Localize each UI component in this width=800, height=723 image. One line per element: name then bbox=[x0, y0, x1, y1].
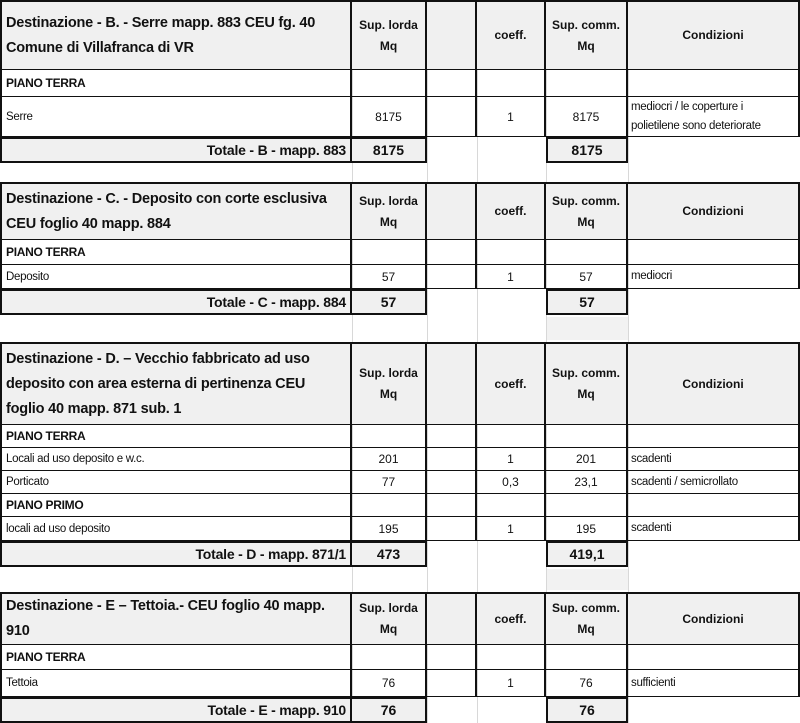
table-cell[interactable] bbox=[427, 137, 477, 163]
section-title-text-line: Destinazione - B. - Serre mapp. 883 CEU … bbox=[6, 11, 315, 36]
section-title-text: Destinazione - C. - Deposito con corte e… bbox=[6, 187, 327, 237]
table-cell[interactable] bbox=[546, 645, 628, 670]
section-title-D[interactable]: Destinazione - D. – Vecchio fabbricato a… bbox=[0, 342, 352, 425]
total-sup-comm[interactable]: 57 bbox=[546, 289, 628, 315]
total-sup-comm-text: 419,1 bbox=[569, 546, 604, 562]
total-label[interactable]: Totale - E - mapp. 910 bbox=[0, 697, 352, 723]
table-cell[interactable] bbox=[477, 697, 546, 723]
coeff-text: 1 bbox=[507, 452, 514, 466]
total-sup-lorda[interactable]: 473 bbox=[352, 541, 427, 567]
sup-comm-value[interactable]: 23,1 bbox=[546, 471, 628, 494]
total-label-text: Totale - E - mapp. 910 bbox=[208, 702, 347, 718]
condizioni-value[interactable]: scadenti bbox=[628, 448, 800, 471]
col-header-coeff[interactable]: coeff. bbox=[477, 0, 546, 70]
item-name[interactable]: Porticato bbox=[0, 471, 352, 494]
col-header-sup-lorda[interactable]: Sup. lordaMq bbox=[352, 0, 427, 70]
condizioni-text: scadenti / semicrollato bbox=[631, 473, 738, 492]
sup-comm-value[interactable]: 201 bbox=[546, 448, 628, 471]
total-sup-lorda[interactable]: 8175 bbox=[352, 137, 427, 163]
section-title-B[interactable]: Destinazione - B. - Serre mapp. 883 CEU … bbox=[0, 0, 352, 70]
col-header-condizioni[interactable]: Condizioni bbox=[628, 592, 800, 645]
col-header-sup-comm[interactable]: Sup. comm.Mq bbox=[546, 0, 628, 70]
col-header-sup-comm[interactable]: Sup. comm.Mq bbox=[546, 342, 628, 425]
table-cell[interactable] bbox=[546, 425, 628, 448]
sup-lorda-label: Sup. lordaMq bbox=[359, 15, 418, 57]
sup-lorda-label-line: Sup. lorda bbox=[359, 15, 418, 36]
condizioni-text: scadenti bbox=[631, 519, 671, 538]
sup-lorda-value[interactable]: 76 bbox=[352, 670, 427, 697]
condizioni-text-line: mediocri bbox=[631, 267, 672, 286]
coeff-label: coeff. bbox=[494, 25, 526, 46]
table-cell[interactable] bbox=[628, 697, 800, 723]
table-cell[interactable] bbox=[628, 541, 800, 567]
sup-lorda-label-line: Mq bbox=[359, 384, 418, 405]
item-name-text: locali ad uso deposito bbox=[6, 523, 110, 535]
coeff-text: 1 bbox=[507, 270, 514, 284]
condizioni-text: mediocri / le coperture ipolietilene son… bbox=[631, 98, 761, 136]
condizioni-text-line: scadenti / semicrollato bbox=[631, 473, 738, 492]
condizioni-value[interactable]: scadenti bbox=[628, 517, 800, 541]
table-cell[interactable] bbox=[427, 541, 477, 567]
sup-lorda-value[interactable]: 57 bbox=[352, 265, 427, 289]
sup-lorda-value[interactable]: 201 bbox=[352, 448, 427, 471]
item-name[interactable]: Deposito bbox=[0, 265, 352, 289]
table-cell[interactable] bbox=[427, 97, 477, 137]
gap-shade bbox=[547, 317, 628, 340]
table-cell[interactable] bbox=[427, 265, 477, 289]
section-title-text-line: 910 bbox=[6, 619, 325, 644]
total-sup-comm-text: 57 bbox=[579, 294, 595, 310]
total-sup-lorda[interactable]: 57 bbox=[352, 289, 427, 315]
table-cell[interactable] bbox=[628, 289, 800, 315]
section-title-text-line: CEU foglio 40 mapp. 884 bbox=[6, 212, 327, 237]
sup-lorda-value[interactable]: 77 bbox=[352, 471, 427, 494]
sup-lorda-value[interactable]: 8175 bbox=[352, 97, 427, 137]
table-cell[interactable] bbox=[546, 494, 628, 517]
sup-lorda-label-line: Sup. lorda bbox=[359, 363, 418, 384]
section-title-C[interactable]: Destinazione - C. - Deposito con corte e… bbox=[0, 182, 352, 240]
floor-label-text: PIANO TERRA bbox=[6, 650, 85, 664]
section-title-text-line: Destinazione - D. – Vecchio fabbricato a… bbox=[6, 347, 310, 372]
floor-label[interactable]: PIANO TERRA bbox=[0, 645, 352, 670]
table-cell[interactable] bbox=[427, 494, 477, 517]
coeff-value[interactable]: 0,3 bbox=[477, 471, 546, 494]
col-header-empty[interactable] bbox=[427, 592, 477, 645]
table-cell[interactable] bbox=[427, 425, 477, 448]
coeff-value[interactable]: 1 bbox=[477, 448, 546, 471]
condizioni-text-line: polietilene sono deteriorate bbox=[631, 117, 761, 136]
sup-comm-label: Sup. comm.Mq bbox=[552, 191, 620, 233]
table-cell[interactable] bbox=[427, 448, 477, 471]
condizioni-label: Condizioni bbox=[682, 374, 743, 395]
table-cell[interactable] bbox=[628, 425, 800, 448]
table-cell[interactable] bbox=[628, 70, 800, 97]
item-name-text: Tettoia bbox=[6, 677, 38, 689]
floor-label[interactable]: PIANO PRIMO bbox=[0, 494, 352, 517]
floor-label[interactable]: PIANO TERRA bbox=[0, 425, 352, 448]
table-cell[interactable] bbox=[427, 289, 477, 315]
total-label-text: Totale - C - mapp. 884 bbox=[207, 294, 346, 310]
sup-lorda-text: 195 bbox=[378, 522, 398, 536]
sup-comm-label: Sup. comm.Mq bbox=[552, 598, 620, 640]
sup-lorda-text: 57 bbox=[382, 270, 395, 284]
table-cell[interactable] bbox=[477, 289, 546, 315]
table-cell[interactable] bbox=[427, 670, 477, 697]
condizioni-text: scadenti bbox=[631, 450, 671, 469]
condizioni-value[interactable]: sufficienti bbox=[628, 670, 800, 697]
sup-comm-value[interactable]: 57 bbox=[546, 265, 628, 289]
total-sup-comm-text: 76 bbox=[579, 702, 595, 718]
sup-comm-value[interactable]: 195 bbox=[546, 517, 628, 541]
condizioni-text-line: sufficienti bbox=[631, 674, 675, 693]
item-name-text: Porticato bbox=[6, 476, 49, 488]
sup-lorda-label: Sup. lordaMq bbox=[359, 191, 418, 233]
floor-label[interactable]: PIANO TERRA bbox=[0, 240, 352, 265]
condizioni-text-line: mediocri / le coperture i bbox=[631, 98, 761, 117]
col-header-coeff[interactable]: coeff. bbox=[477, 182, 546, 240]
total-label[interactable]: Totale - C - mapp. 884 bbox=[0, 289, 352, 315]
item-name[interactable]: Locali ad uso deposito e w.c. bbox=[0, 448, 352, 471]
coeff-value[interactable]: 1 bbox=[477, 670, 546, 697]
table-cell[interactable] bbox=[427, 240, 477, 265]
sup-lorda-text: 76 bbox=[382, 676, 395, 690]
condizioni-label: Condizioni bbox=[682, 609, 743, 630]
coeff-value[interactable]: 1 bbox=[477, 517, 546, 541]
table-cell[interactable] bbox=[477, 645, 546, 670]
condizioni-value[interactable]: mediocri bbox=[628, 265, 800, 289]
sup-lorda-text: 77 bbox=[382, 475, 395, 489]
sup-comm-text: 57 bbox=[579, 270, 592, 284]
table-cell[interactable] bbox=[427, 697, 477, 723]
table-cell[interactable] bbox=[546, 70, 628, 97]
coeff-text: 1 bbox=[507, 676, 514, 690]
sup-lorda-value[interactable]: 195 bbox=[352, 517, 427, 541]
sup-comm-label: Sup. comm.Mq bbox=[552, 15, 620, 57]
item-name[interactable]: Serre bbox=[0, 97, 352, 137]
section-title-text-line: deposito con area esterna di pertinenza … bbox=[6, 372, 310, 397]
coeff-value[interactable]: 1 bbox=[477, 97, 546, 137]
coeff-label: coeff. bbox=[494, 201, 526, 222]
table-cell[interactable] bbox=[477, 541, 546, 567]
col-header-coeff[interactable]: coeff. bbox=[477, 342, 546, 425]
sup-comm-label: Sup. comm.Mq bbox=[552, 363, 620, 405]
sup-lorda-label-line: Mq bbox=[359, 212, 418, 233]
col-header-sup-lorda[interactable]: Sup. lordaMq bbox=[352, 182, 427, 240]
col-header-condizioni[interactable]: Condizioni bbox=[628, 0, 800, 70]
sup-comm-text: 8175 bbox=[573, 110, 600, 124]
sup-comm-label-line: Mq bbox=[552, 619, 620, 640]
item-name-text: Deposito bbox=[6, 271, 49, 283]
item-name[interactable]: locali ad uso deposito bbox=[0, 517, 352, 541]
sup-comm-text: 201 bbox=[576, 452, 596, 466]
section-title-E[interactable]: Destinazione - E – Tettoia.- CEU foglio … bbox=[0, 592, 352, 645]
sup-comm-label-line: Sup. comm. bbox=[552, 598, 620, 619]
sup-comm-label-line: Sup. comm. bbox=[552, 191, 620, 212]
condizioni-text-line: scadenti bbox=[631, 519, 671, 538]
condizioni-value[interactable]: scadenti / semicrollato bbox=[628, 471, 800, 494]
coeff-text: 1 bbox=[507, 522, 514, 536]
sup-comm-value[interactable]: 8175 bbox=[546, 97, 628, 137]
sup-lorda-label-line: Mq bbox=[359, 36, 418, 57]
col-header-coeff[interactable]: coeff. bbox=[477, 592, 546, 645]
table-cell[interactable] bbox=[628, 137, 800, 163]
col-header-empty[interactable] bbox=[427, 182, 477, 240]
item-name[interactable]: Tettoia bbox=[0, 670, 352, 697]
table-cell[interactable] bbox=[628, 494, 800, 517]
col-header-sup-lorda[interactable]: Sup. lordaMq bbox=[352, 342, 427, 425]
table-cell[interactable] bbox=[427, 471, 477, 494]
condizioni-text: mediocri bbox=[631, 267, 672, 286]
coeff-text: 1 bbox=[507, 110, 514, 124]
coeff-value[interactable]: 1 bbox=[477, 265, 546, 289]
total-sup-lorda-text: 57 bbox=[381, 294, 397, 310]
sup-comm-text: 23,1 bbox=[574, 475, 597, 489]
sup-lorda-label-line: Mq bbox=[359, 619, 418, 640]
sup-lorda-text: 8175 bbox=[375, 110, 402, 124]
coeff-label: coeff. bbox=[494, 609, 526, 630]
condizioni-label: Condizioni bbox=[682, 25, 743, 46]
sup-comm-value[interactable]: 76 bbox=[546, 670, 628, 697]
table-cell[interactable] bbox=[477, 425, 546, 448]
table-cell[interactable] bbox=[546, 240, 628, 265]
table-cell[interactable] bbox=[477, 137, 546, 163]
floor-label[interactable]: PIANO TERRA bbox=[0, 70, 352, 97]
coeff-label: coeff. bbox=[494, 374, 526, 395]
section-title-text-line: Destinazione - E – Tettoia.- CEU foglio … bbox=[6, 594, 325, 619]
condizioni-text-line: scadenti bbox=[631, 450, 671, 469]
total-label-text: Totale - B - mapp. 883 bbox=[207, 142, 346, 158]
sup-comm-label-line: Mq bbox=[552, 384, 620, 405]
section-title-text: Destinazione - E – Tettoia.- CEU foglio … bbox=[6, 594, 325, 644]
sup-comm-label-line: Mq bbox=[552, 212, 620, 233]
table-cell[interactable] bbox=[427, 70, 477, 97]
item-name-text: Serre bbox=[6, 111, 33, 123]
gap-shade bbox=[547, 569, 628, 590]
col-header-sup-comm[interactable]: Sup. comm.Mq bbox=[546, 182, 628, 240]
table-cell[interactable] bbox=[352, 494, 427, 517]
total-sup-lorda[interactable]: 76 bbox=[352, 697, 427, 723]
section-title-text-line: foglio 40 mapp. 871 sub. 1 bbox=[6, 397, 310, 422]
condizioni-text: sufficienti bbox=[631, 674, 675, 693]
table-cell[interactable] bbox=[427, 517, 477, 541]
condizioni-label: Condizioni bbox=[682, 201, 743, 222]
table-cell[interactable] bbox=[352, 645, 427, 670]
table-cell[interactable] bbox=[352, 70, 427, 97]
total-sup-comm[interactable]: 76 bbox=[546, 697, 628, 723]
total-label[interactable]: Totale - B - mapp. 883 bbox=[0, 137, 352, 163]
sup-comm-label-line: Sup. comm. bbox=[552, 363, 620, 384]
col-header-sup-comm[interactable]: Sup. comm.Mq bbox=[546, 592, 628, 645]
sup-lorda-label-line: Sup. lorda bbox=[359, 191, 418, 212]
total-label[interactable]: Totale - D - mapp. 871/1 bbox=[0, 541, 352, 567]
table-cell[interactable] bbox=[628, 240, 800, 265]
condizioni-value[interactable]: mediocri / le coperture ipolietilene son… bbox=[628, 97, 800, 137]
table-cell[interactable] bbox=[477, 494, 546, 517]
floor-label-text: PIANO PRIMO bbox=[6, 498, 83, 512]
total-sup-lorda-text: 8175 bbox=[373, 142, 404, 158]
item-name-text: Locali ad uso deposito e w.c. bbox=[6, 453, 144, 465]
floor-label-text: PIANO TERRA bbox=[6, 429, 85, 443]
sup-lorda-label-line: Sup. lorda bbox=[359, 598, 418, 619]
section-title-text: Destinazione - D. – Vecchio fabbricato a… bbox=[6, 347, 310, 422]
table-cell[interactable] bbox=[352, 240, 427, 265]
floor-label-text: PIANO TERRA bbox=[6, 76, 85, 90]
col-header-condizioni[interactable]: Condizioni bbox=[628, 182, 800, 240]
sup-lorda-label: Sup. lordaMq bbox=[359, 598, 418, 640]
total-sup-lorda-text: 76 bbox=[381, 702, 397, 718]
total-sup-lorda-text: 473 bbox=[377, 546, 400, 562]
col-header-sup-lorda[interactable]: Sup. lordaMq bbox=[352, 592, 427, 645]
floor-label-text: PIANO TERRA bbox=[6, 245, 85, 259]
sup-comm-label-line: Sup. comm. bbox=[552, 15, 620, 36]
sup-comm-text: 195 bbox=[576, 522, 596, 536]
col-header-condizioni[interactable]: Condizioni bbox=[628, 342, 800, 425]
table-cell[interactable] bbox=[427, 645, 477, 670]
total-label-text: Totale - D - mapp. 871/1 bbox=[195, 546, 346, 562]
total-sup-comm[interactable]: 8175 bbox=[546, 137, 628, 163]
table-cell[interactable] bbox=[352, 425, 427, 448]
sup-comm-text: 76 bbox=[579, 676, 592, 690]
table-cell[interactable] bbox=[628, 645, 800, 670]
sup-comm-label-line: Mq bbox=[552, 36, 620, 57]
table-cell[interactable] bbox=[477, 240, 546, 265]
section-title-text: Destinazione - B. - Serre mapp. 883 CEU … bbox=[6, 11, 315, 61]
col-header-empty[interactable] bbox=[427, 0, 477, 70]
section-title-text-line: Comune di Villafranca di VR bbox=[6, 36, 315, 61]
col-header-empty[interactable] bbox=[427, 342, 477, 425]
coeff-text: 0,3 bbox=[502, 475, 519, 489]
table-cell[interactable] bbox=[477, 70, 546, 97]
sup-lorda-text: 201 bbox=[378, 452, 398, 466]
total-sup-comm[interactable]: 419,1 bbox=[546, 541, 628, 567]
section-title-text-line: Destinazione - C. - Deposito con corte e… bbox=[6, 187, 327, 212]
total-sup-comm-text: 8175 bbox=[571, 142, 602, 158]
sup-lorda-label: Sup. lordaMq bbox=[359, 363, 418, 405]
